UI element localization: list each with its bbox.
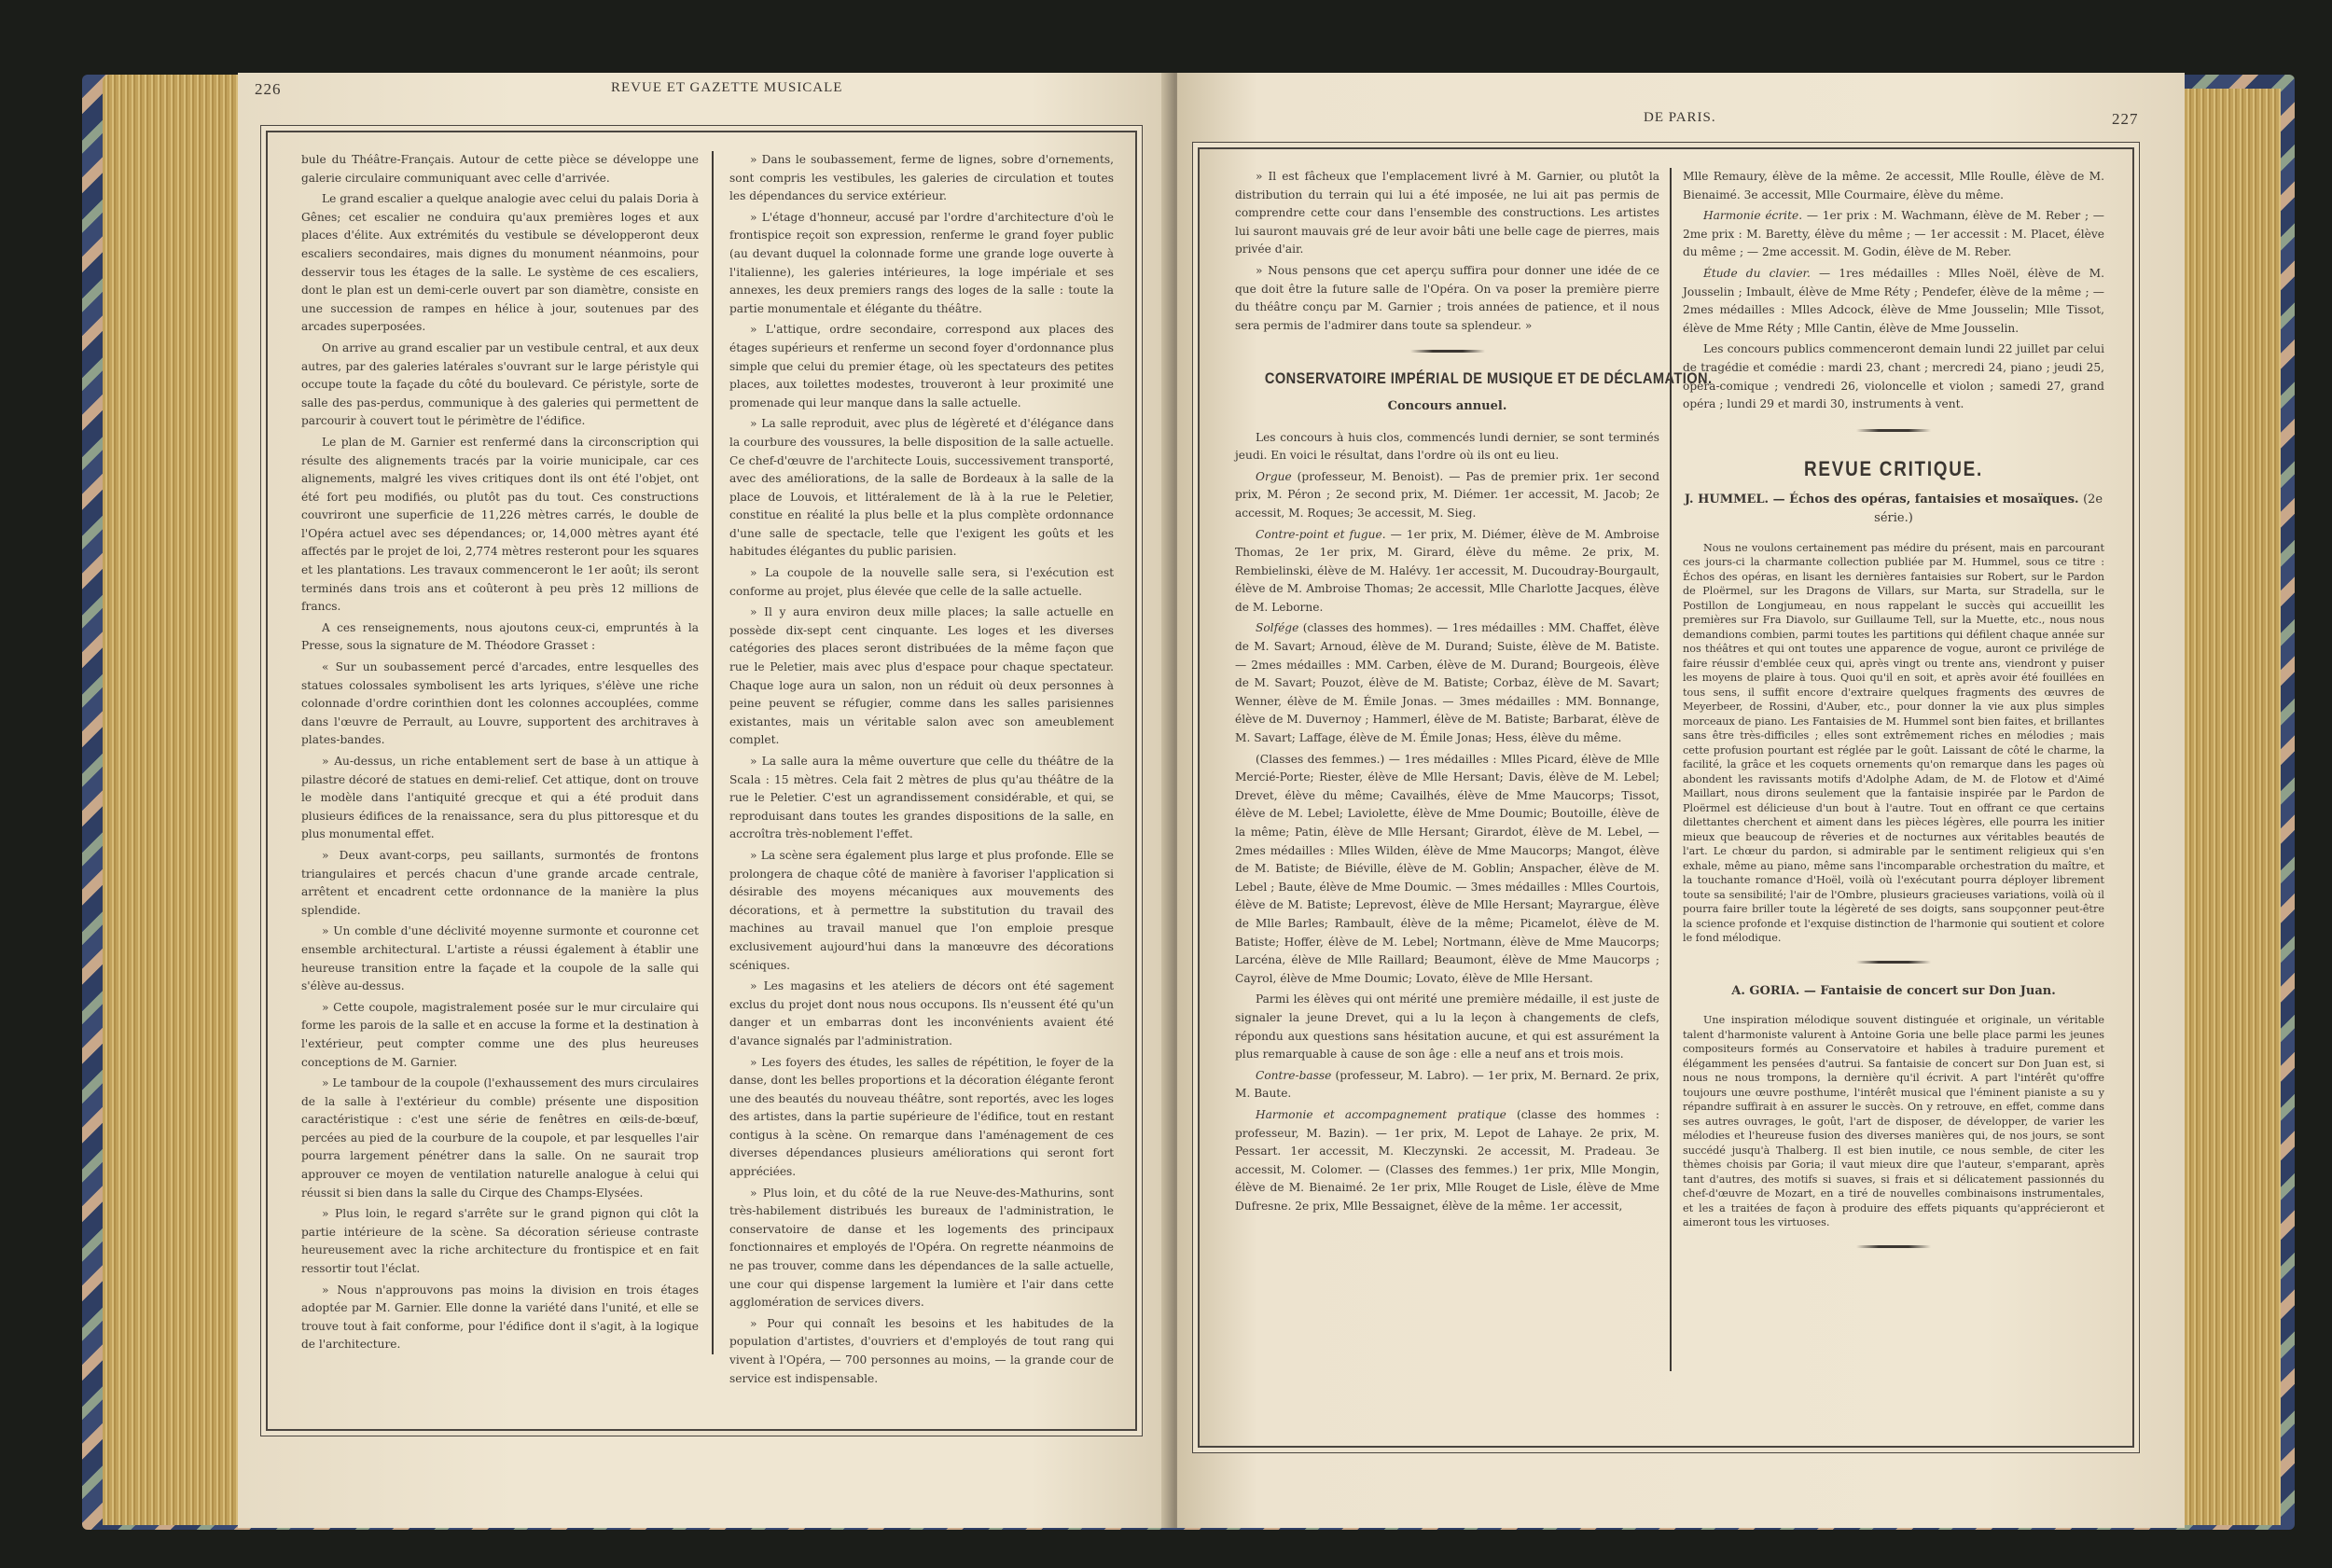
paragraph: » L'attique, ordre secondaire, correspon…: [729, 321, 1114, 412]
left-page: 226 REVUE ET GAZETTE MUSICALE bule du Th…: [238, 73, 1171, 1528]
paragraph-lead: Étude du clavier.: [1703, 267, 1811, 280]
ornament-rule: [1856, 1245, 1931, 1248]
article-continuation: » Il est fâcheux que l'emplacement livré…: [1235, 168, 1659, 335]
paragraph-lead: Harmonie et accompagnement pratique: [1256, 1108, 1506, 1121]
paragraph: » L'étage d'honneur, accusé par l'ordre …: [729, 209, 1114, 319]
paragraph: » Pour qui connaît les besoins et les ha…: [729, 1315, 1114, 1388]
paragraph: Étude du clavier. — 1res médailles : Mll…: [1683, 265, 2104, 338]
paragraph: Les concours publics commenceront demain…: [1683, 340, 2104, 413]
paragraph: » Il y aura environ deux mille places; l…: [729, 604, 1114, 750]
paragraph: » Plus loin, et du côté de la rue Neuve-…: [729, 1185, 1114, 1312]
paragraph-lead: Contre-basse: [1256, 1069, 1331, 1082]
ornament-rule: [1856, 429, 1931, 432]
paragraph: Harmonie et accompagnement pratique (cla…: [1235, 1106, 1659, 1216]
running-head-left: REVUE ET GAZETTE MUSICALE: [611, 80, 842, 96]
paragraph: bule du Théâtre-Français. Autour de cett…: [301, 151, 699, 187]
paragraph: » La salle aura la même ouverture que ce…: [729, 753, 1114, 844]
paragraph: Le plan de M. Garnier est renfermé dans …: [301, 434, 699, 617]
paragraph: (Classes des femmes.) — 1res médailles :…: [1235, 751, 1659, 989]
paragraph: » Nous pensons que cet aperçu suffira po…: [1235, 262, 1659, 335]
ornament-rule: [1410, 350, 1485, 353]
section-title-conservatoire: CONSERVATOIRE IMPÉRIAL DE MUSIQUE ET DE …: [1265, 369, 1630, 388]
page-number-right: 227: [2112, 110, 2139, 129]
column-divider: [712, 151, 714, 1354]
paragraph: » Nous n'approuvons pas moins la divisio…: [301, 1282, 699, 1354]
section-title-revue-critique: REVUE CRITIQUE.: [1713, 460, 2075, 479]
review-body-hummel: Nous ne voulons certainement pas médire …: [1683, 541, 2104, 946]
page-edges-right: [2178, 89, 2281, 1525]
review-heading-goria: A. GORIA. — Fantaisie de concert sur Don…: [1683, 982, 2104, 1001]
right-page-column-1: » Il est fâcheux que l'emplacement livré…: [1235, 168, 1659, 1218]
column-divider: [1670, 168, 1672, 1371]
page-frame-right: » Il est fâcheux que l'emplacement livré…: [1198, 147, 2134, 1448]
running-head-right: DE PARIS.: [1644, 110, 1716, 126]
ornament-rule: [1856, 961, 1931, 964]
paragraph: » La coupole de la nouvelle salle sera, …: [729, 564, 1114, 601]
paragraph: » Les magasins et les ateliers de décors…: [729, 978, 1114, 1050]
paragraph: » Deux avant-corps, peu saillants, surmo…: [301, 847, 699, 920]
paragraph: » Un comble d'une déclivité moyenne surm…: [301, 923, 699, 995]
paragraph: » Les foyers des études, les salles de r…: [729, 1054, 1114, 1182]
paragraph: Contre-point et fugue. — 1er prix, M. Di…: [1235, 526, 1659, 617]
paragraph: Parmi les élèves qui ont mérité une prem…: [1235, 991, 1659, 1063]
paragraph: Contre-basse (professeur, M. Labro). — 1…: [1235, 1067, 1659, 1103]
paragraph: » Dans le soubassement, ferme de lignes,…: [729, 151, 1114, 206]
paragraph: Le grand escalier a quelque analogie ave…: [301, 190, 699, 337]
page-frame-left: bule du Théâtre-Français. Autour de cett…: [266, 131, 1137, 1431]
left-page-column-1: bule du Théâtre-Français. Autour de cett…: [301, 151, 699, 1357]
paragraph: A ces renseignements, nous ajoutons ceux…: [301, 619, 699, 656]
page-edges-left: [103, 75, 243, 1525]
paragraph: Les concours à huis clos, commencés lund…: [1235, 429, 1659, 465]
paragraph: » Il est fâcheux que l'emplacement livré…: [1235, 168, 1659, 259]
review-heading-hummel: J. HUMMEL. — Échos des opéras, fantaisie…: [1683, 491, 2104, 527]
right-page: DE PARIS. 227 » Il est fâcheux que l'emp…: [1177, 73, 2185, 1528]
paragraph: » Plus loin, le regard s'arrête sur le g…: [301, 1205, 699, 1278]
paragraph: » Au-dessus, un riche entablement sert d…: [301, 753, 699, 844]
review-title: J. HUMMEL. — Échos des opéras, fantaisie…: [1685, 493, 2079, 506]
paragraph: Orgue (professeur, M. Benoist). — Pas de…: [1235, 468, 1659, 523]
page-number-left: 226: [255, 80, 282, 99]
paragraph: » La scène sera également plus large et …: [729, 847, 1114, 975]
section-subtitle: Concours annuel.: [1235, 397, 1659, 416]
left-page-column-2: » Dans le soubassement, ferme de lignes,…: [729, 151, 1114, 1391]
competition-results: Les concours à huis clos, commencés lund…: [1235, 429, 1659, 1216]
paragraph: » La salle reproduit, avec plus de légèr…: [729, 415, 1114, 562]
paragraph: Solfége (classes des hommes). — 1res méd…: [1235, 619, 1659, 747]
paragraph: Harmonie écrite. — 1er prix : M. Wachman…: [1683, 207, 2104, 262]
review-body-goria: Une inspiration mélodique souvent distin…: [1683, 1013, 2104, 1230]
paragraph-lead: Harmonie écrite.: [1703, 209, 1802, 222]
paragraph-lead: Orgue: [1256, 470, 1292, 483]
paragraph-lead: Contre-point et fugue.: [1256, 528, 1386, 541]
competition-results-continued: Mlle Remaury, élève de la même. 2e acces…: [1683, 168, 2104, 414]
paragraph: » Le tambour de la coupole (l'exhausseme…: [301, 1075, 699, 1202]
right-page-column-2: Mlle Remaury, élève de la même. 2e acces…: [1683, 168, 2104, 1263]
paragraph: On arrive au grand escalier par un vesti…: [301, 340, 699, 431]
paragraph: » Cette coupole, magistralement posée su…: [301, 999, 699, 1072]
paragraph: Mlle Remaury, élève de la même. 2e acces…: [1683, 168, 2104, 204]
paragraph-lead: Solfége: [1256, 621, 1298, 634]
paragraph: « Sur un soubassement percé d'arcades, e…: [301, 659, 699, 750]
